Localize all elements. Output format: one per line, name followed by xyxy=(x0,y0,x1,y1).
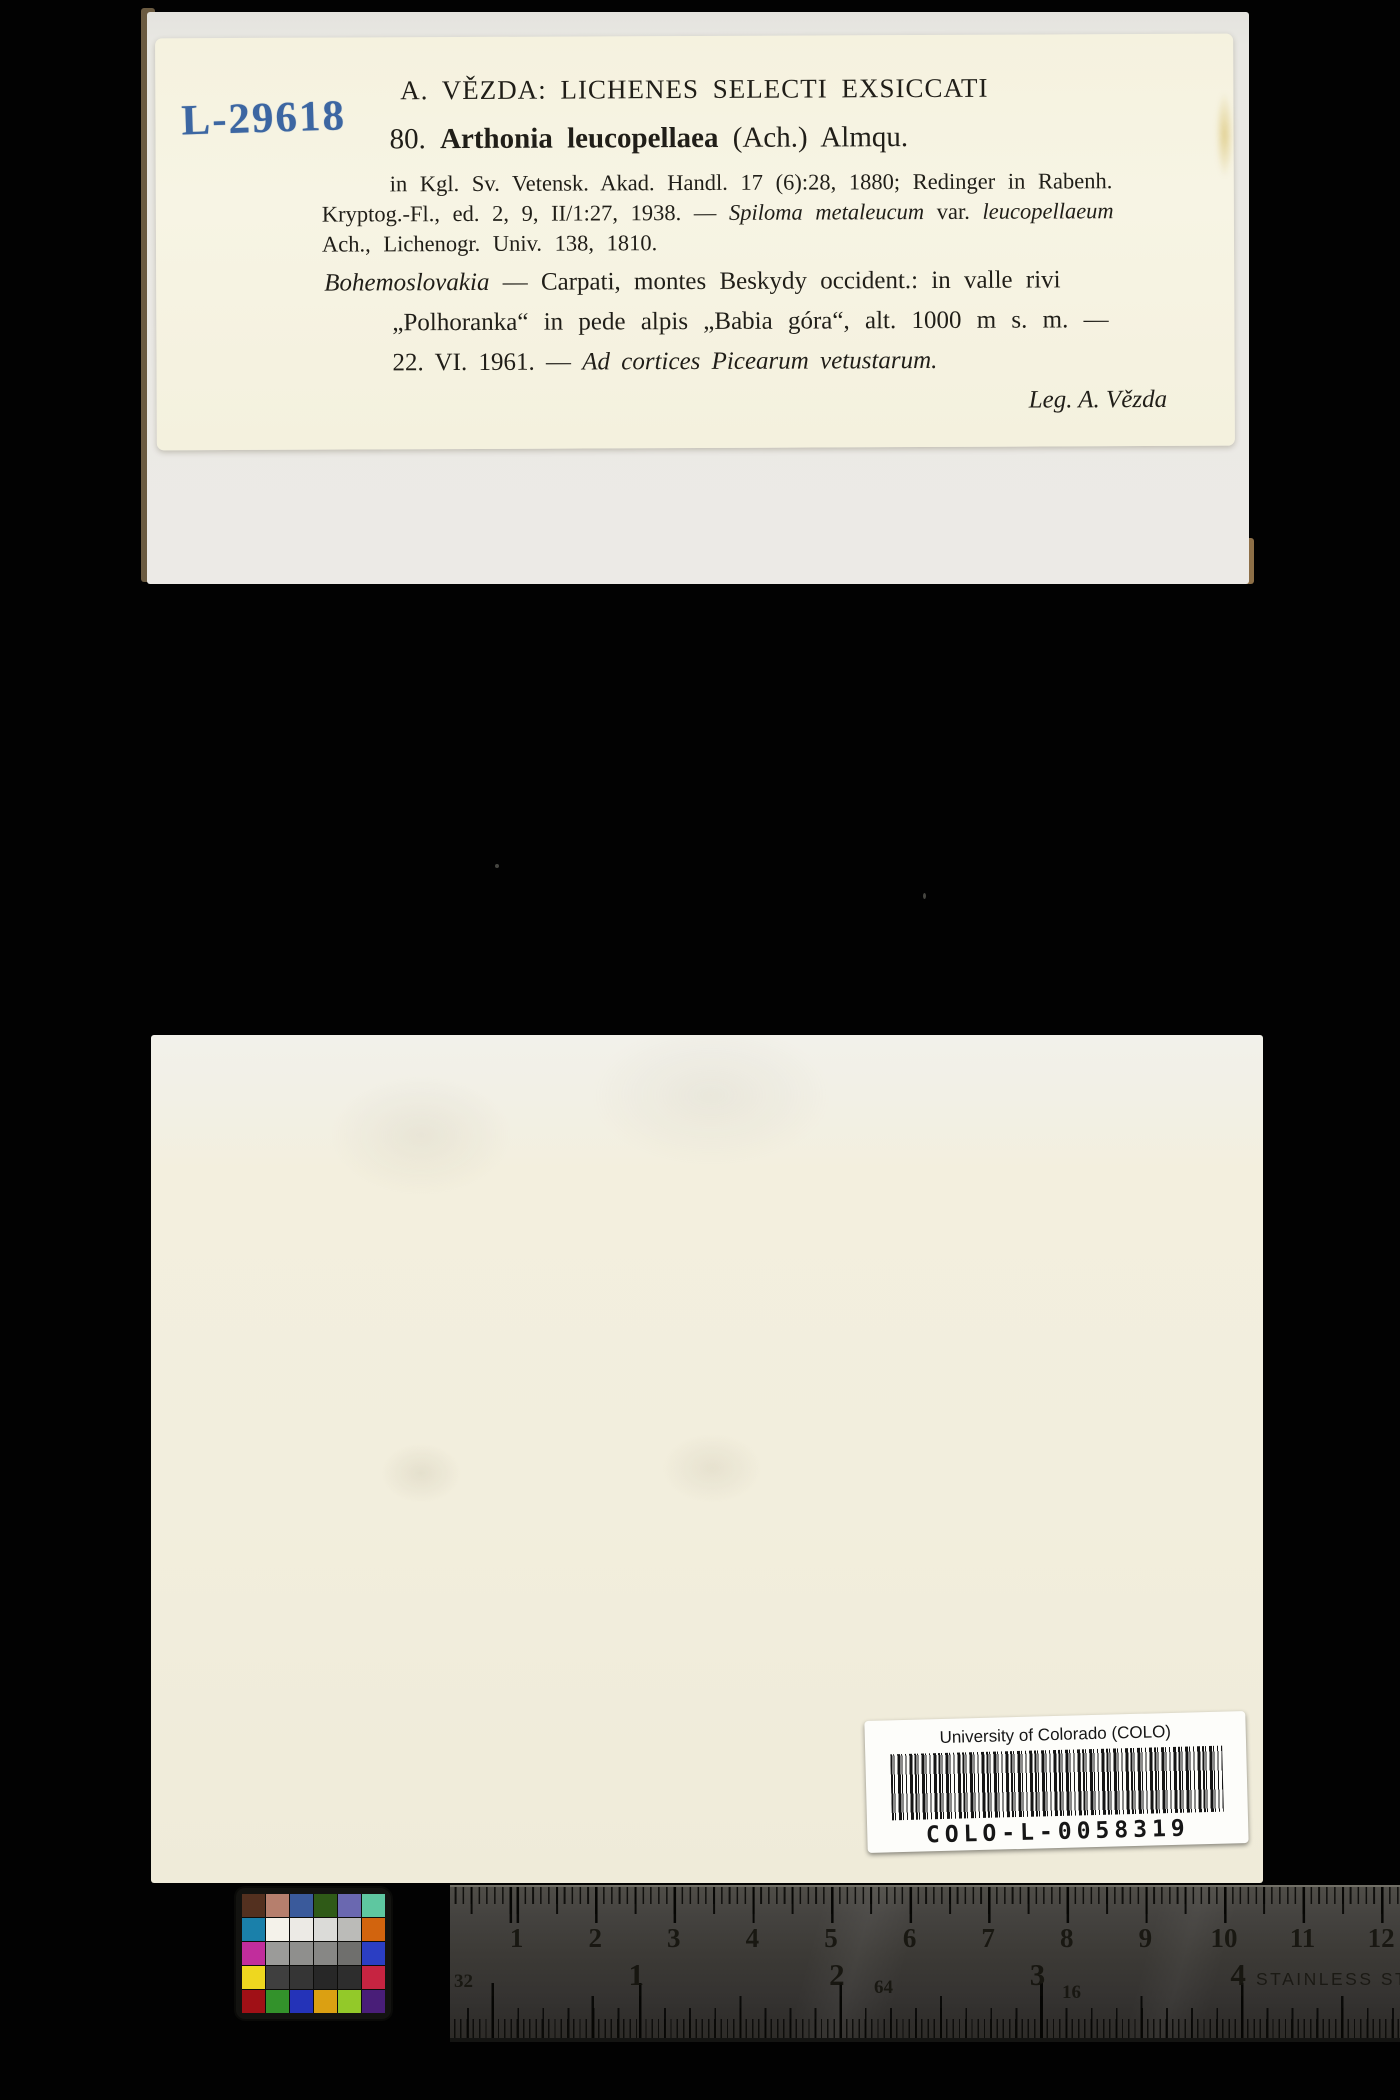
ruler-cm-number: 11 xyxy=(1263,1923,1342,1954)
ruler-cm-number: 12 xyxy=(1342,1923,1400,1954)
ruler-cm-number: 3 xyxy=(634,1923,713,1954)
color-patch xyxy=(290,1990,313,2013)
citation-line-2: Kryptog.-Fl., ed. 2, 9, II/1:27, 1938. —… xyxy=(322,198,1114,227)
ruler-cm-number: 9 xyxy=(1106,1923,1185,1954)
color-patch xyxy=(290,1918,313,1941)
ruler-cm-number: 2 xyxy=(556,1923,635,1954)
specimen-board: A. VĚZDA: LICHENES SELECTI EXSICCATI L-2… xyxy=(141,6,1254,586)
ruler-cm-number: 7 xyxy=(949,1923,1028,1954)
color-patch xyxy=(242,1894,265,1917)
color-patch xyxy=(314,1942,337,1965)
date-substrate-line: 22. VI. 1961. — Ad cortices Picearum vet… xyxy=(392,347,937,377)
ruler-cm-number: 1 xyxy=(477,1923,556,1954)
species-number: 80. xyxy=(389,123,440,155)
ruler-cm-number: 4 xyxy=(713,1923,792,1954)
collection-date: 22. VI. 1961. — xyxy=(392,348,582,376)
color-patch xyxy=(266,1894,289,1917)
ruler-inch-number: 3 xyxy=(937,1957,1138,1993)
color-patch xyxy=(362,1942,385,1965)
color-patch xyxy=(266,1942,289,1965)
color-patch xyxy=(266,1918,289,1941)
color-patch xyxy=(314,1918,337,1941)
color-patch xyxy=(314,1966,337,1989)
species-line: 80. Arthonia leucopellaea (Ach.) Almqu. xyxy=(389,121,908,156)
ruler-inch-number: 2 xyxy=(737,1957,938,1993)
color-patch xyxy=(290,1942,313,1965)
color-patch xyxy=(242,1990,265,2013)
synonym-variety: leucopellaeum xyxy=(982,198,1113,224)
color-patch xyxy=(338,1990,361,2013)
collector-line: Leg. A. Vězda xyxy=(1029,386,1168,415)
locality-line-2: „Polhoranka“ in pede alpis „Babia góra“,… xyxy=(392,306,1108,337)
ruler-graduation-64: 64 xyxy=(874,1977,893,1999)
ruler-graduation-32: 32 xyxy=(454,1971,473,1993)
paper-stain xyxy=(1215,92,1233,178)
specimen-photo: A. VĚZDA: LICHENES SELECTI EXSICCATI L-2… xyxy=(0,0,1400,2100)
ruler-cm-ticks xyxy=(450,1887,1400,1923)
citation-line-1: in Kgl. Sv. Vetensk. Akad. Handl. 17 (6)… xyxy=(390,168,1113,197)
locality-line-1: Bohemoslovakia — Carpati, montes Beskydy… xyxy=(324,266,1061,297)
color-patch xyxy=(266,1990,289,2013)
color-patch xyxy=(266,1966,289,1989)
dust-speck xyxy=(495,864,499,868)
species-authority: (Ach.) Almqu. xyxy=(718,121,908,154)
barcode xyxy=(890,1746,1224,1821)
country-name: Bohemoslovakia xyxy=(324,269,489,297)
ruler-cm-number: 5 xyxy=(792,1923,871,1954)
color-patch xyxy=(314,1894,337,1917)
color-patch xyxy=(362,1966,385,1989)
ruler-inch-scale: 1 2 3 4 xyxy=(536,1957,1338,1993)
color-patch xyxy=(338,1918,361,1941)
barcode-sticker: University of Colorado (COLO) COLO-L-005… xyxy=(864,1711,1248,1853)
ruler-inch-number: 1 xyxy=(536,1957,737,1993)
accession-number-stamp: L-29618 xyxy=(181,91,347,145)
color-patch xyxy=(290,1894,313,1917)
color-patch xyxy=(290,1966,313,1989)
color-patch xyxy=(314,1990,337,2013)
ruler-brand-text: STAINLESS STEEL xyxy=(1256,1969,1400,1990)
color-patch xyxy=(338,1942,361,1965)
color-patch xyxy=(242,1966,265,1989)
ruler-cm-scale: 1 2 3 4 5 6 7 8 9 10 11 12 xyxy=(477,1923,1400,1954)
color-patch xyxy=(362,1894,385,1917)
citation-line-3: Ach., Lichenogr. Univ. 138, 1810. xyxy=(322,230,657,257)
color-patch xyxy=(362,1990,385,2013)
ruler-cm-number: 10 xyxy=(1185,1923,1264,1954)
ruler-cm-number: 8 xyxy=(1027,1923,1106,1954)
synonym-name: Spiloma metaleucum xyxy=(729,199,924,225)
dust-speck xyxy=(923,893,926,899)
substrate-note: Ad cortices Picearum vetustarum. xyxy=(582,347,937,376)
color-patch xyxy=(242,1942,265,1965)
color-patch xyxy=(338,1894,361,1917)
species-name: Arthonia leucopellaea xyxy=(440,122,719,155)
color-patch-grid xyxy=(242,1894,385,2013)
ruler: 1 2 3 4 5 6 7 8 9 10 11 12 1 2 3 4 32 64… xyxy=(450,1885,1400,2042)
color-patch xyxy=(338,1966,361,1989)
ruler-cm-number: 6 xyxy=(870,1923,949,1954)
color-patch xyxy=(242,1918,265,1941)
color-calibration-chart xyxy=(236,1888,391,2019)
color-patch xyxy=(362,1918,385,1941)
specimen-label: A. VĚZDA: LICHENES SELECTI EXSICCATI L-2… xyxy=(155,34,1235,451)
ruler-graduation-16: 16 xyxy=(1062,1982,1081,2004)
